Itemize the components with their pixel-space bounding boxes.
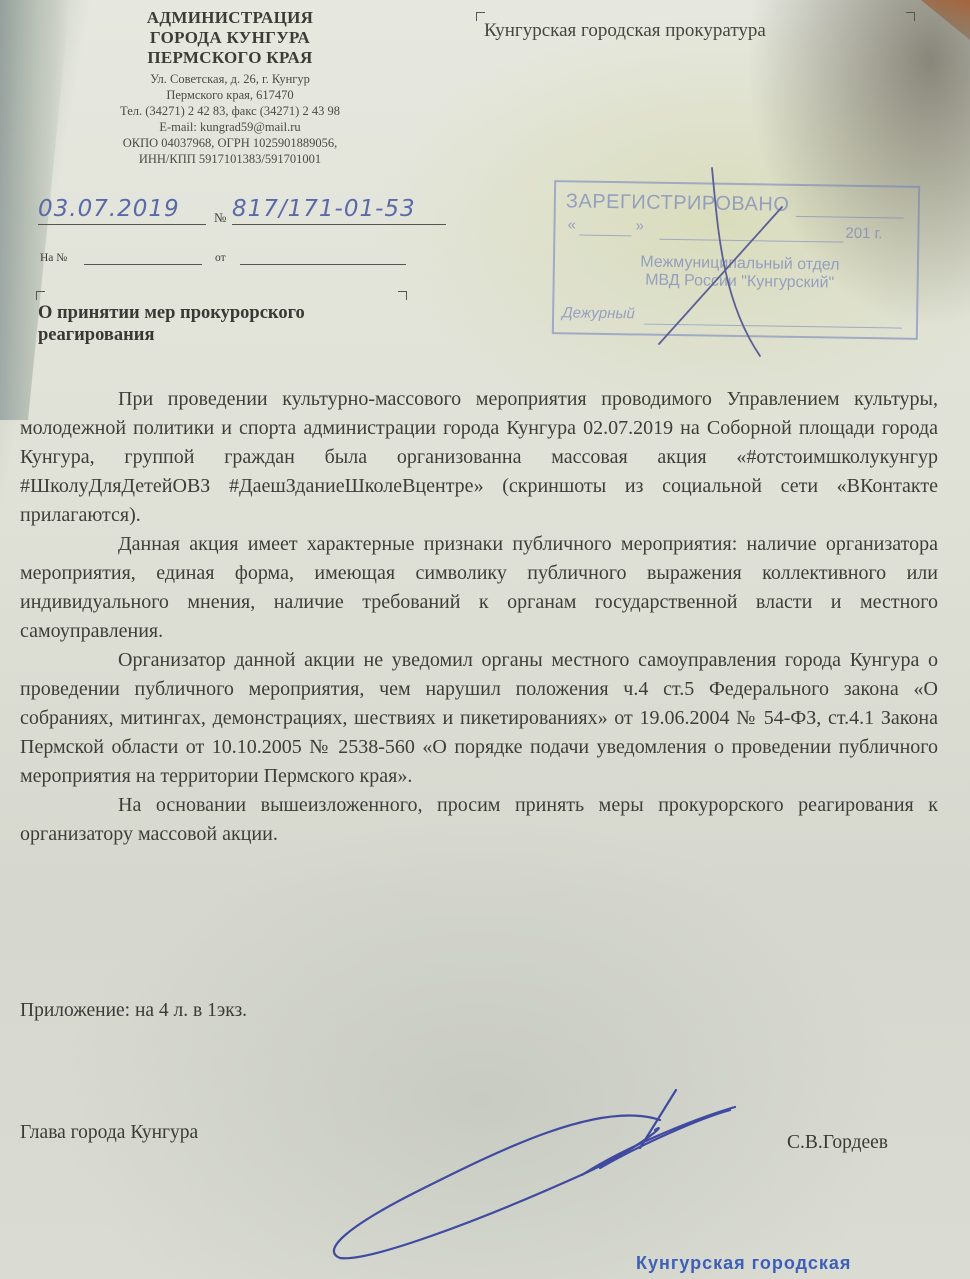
body-paragraph: Организатор данной акции не уведомил орг… [20,646,938,791]
outgoing-date: 03.07.2019 [38,196,206,225]
body-paragraph: При проведении культурно-массового мероп… [20,385,938,530]
stamp-blank-line [796,216,904,219]
stamp-department: Межмуниципальный отдел МВД России "Кунгу… [595,253,886,294]
addressee: Кунгурская городская прокуратура [484,20,766,42]
org-name-line: ПЕРМСКОГО КРАЯ [40,48,420,68]
stamp-blank-line [579,235,631,237]
letter-body: При проведении культурно-массового мероп… [20,385,938,849]
org-name-line: ГОРОДА КУНГУРА [40,28,420,48]
address-line: Пермского края, 617470 [40,87,420,103]
outgoing-number: 817/171-01-53 [232,196,446,225]
incoming-stamp-fragment: Кунгурская городская [636,1253,851,1274]
stamp-year: 201 г. [845,225,882,243]
stamp-blank-line [659,239,843,243]
stamp-blank-line [644,324,902,329]
reference-from-label: от [215,252,226,264]
inn-kpp-line: ИНН/КПП 5917101383/591701001 [40,151,420,167]
number-sign: № [214,210,226,226]
okpo-ogrn-line: ОКПО 04037968, ОГРН 1025901889056, [40,135,420,151]
signatory-name: С.В.Гордеев [787,1132,888,1154]
stamp-day-close: » [635,217,644,234]
stamp-department-line: МВД России "Кунгурский" [595,271,885,294]
bracket-mark [906,12,915,21]
letter-subject: О принятии мер прокурорского реагировани… [38,302,408,346]
reference-date-blank [240,264,406,265]
org-name-line: АДМИНИСТРАЦИЯ [40,8,420,28]
reference-number-blank [84,264,202,265]
body-paragraph: На основании вышеизложенного, просим при… [20,791,938,849]
address-line: Ул. Советская, д. 26, г. Кунгур [40,71,420,87]
signatory-title: Глава города Кунгура [20,1122,198,1144]
attachment-note: Приложение: на 4 л. в 1экз. [20,1000,247,1022]
body-paragraph: Данная акция имеет характерные признаки … [20,530,938,646]
stamp-title: ЗАРЕГИСТРИРОВАНО [566,190,790,217]
bracket-mark [398,291,407,300]
stamp-duty-officer: Дежурный [562,304,635,322]
registration-stamp: ЗАРЕГИСТРИРОВАНО « » 201 г. Межмуниципал… [552,180,920,340]
phone-line: Тел. (34271) 2 42 83, факс (34271) 2 43 … [40,103,420,119]
letterhead: АДМИНИСТРАЦИЯ ГОРОДА КУНГУРА ПЕРМСКОГО К… [40,8,420,167]
stamp-day-open: « [567,216,576,233]
email-line: E-mail: kungrad59@mail.ru [40,119,420,135]
bracket-mark [36,291,45,300]
reference-label: На № [40,252,67,264]
